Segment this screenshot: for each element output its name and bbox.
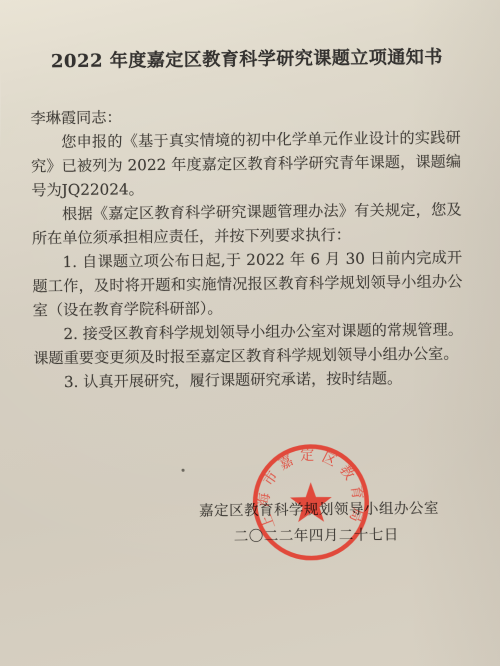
paragraph-item-3: 3. 认真开展研究，履行课题研究承诺，按时结题。 bbox=[33, 366, 463, 395]
star-icon bbox=[290, 482, 332, 522]
official-seal: 上海市嘉定区教育局 bbox=[247, 439, 374, 566]
document-body: 李琳霞同志： 您申报的《基于真实情境的初中化学单元作业设计的实践研究》已被列为 … bbox=[30, 102, 463, 395]
photo-edge-highlight bbox=[0, 3, 1, 153]
document-sheet: 2022 年度嘉定区教育科学研究课题立项通知书 李琳霞同志： 您申报的《基于真实… bbox=[0, 0, 500, 666]
document-title: 2022 年度嘉定区教育科学研究课题立项通知书 bbox=[0, 42, 497, 74]
photo-speck bbox=[182, 469, 185, 472]
paragraph-item-1: 1. 自课题立项公布日起,于 2022 年 6 月 30 日前内完成开题工作，及… bbox=[32, 246, 463, 323]
paragraph-project: 您申报的《基于真实情境的初中化学单元作业设计的实践研究》已被列为 2022 年度… bbox=[31, 126, 462, 203]
paragraph-regulation: 根据《嘉定区教育科学研究课题管理办法》有关规定，您及所在单位须承担相应责任，并按… bbox=[32, 198, 463, 251]
paragraph-item-2: 2. 接受区教育科学规划领导小组办公室对课题的常规管理。课题重要变更须及时报至嘉… bbox=[33, 318, 464, 371]
